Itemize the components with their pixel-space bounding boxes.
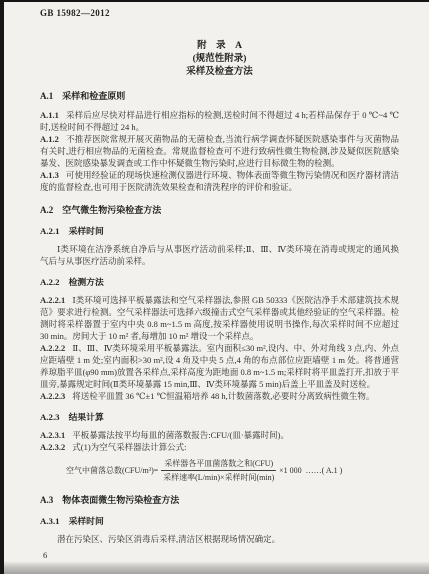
subsection-number: A.2.3	[40, 412, 60, 422]
clause-text: 可使用经验证的现场快速检测仪器进行环境、物体表面等微生物污染情况和医疗器材清洁度…	[40, 170, 399, 192]
clause-text: 不推荐医院常规开展灭菌物品的无菌检查,当流行病学调查怀疑医院感染事件与灭菌物品有…	[40, 134, 399, 168]
subsection-title: 结果计算	[69, 412, 104, 422]
clause-a2-2-1: A.2.2.1Ⅰ类环境可选择平板暴露法和空气采样器法,参照 GB 50333《医…	[40, 294, 399, 342]
clause-a2-3-2: A.2.3.2式(1)为空气采样器法计算公式:	[40, 441, 399, 453]
section-title: 物体表面微生物污染检查方法	[62, 495, 179, 505]
scan-bottom-edge	[0, 562, 429, 574]
clause-number: A.2.2.1	[40, 295, 65, 305]
clause-a1-2: A.1.2不推荐医院常规开展灭菌物品的无菌检查,当流行病学调查怀疑医院感染事件与…	[40, 133, 399, 169]
page-content: GB 15982—2012 附 录 A (规范性附录) 采样及检查方法 A.1采…	[40, 8, 399, 545]
clause-a2-2-2: A.2.2.2Ⅱ、Ⅲ、Ⅳ类环境采用平板暴露法。室内面积≤30 m²,设内、中、外…	[40, 342, 399, 390]
section-number: A.2	[40, 205, 53, 215]
appendix-title-block: 附 录 A (规范性附录) 采样及检查方法	[40, 40, 399, 79]
clause-text: 将送检平皿置 36 ℃±1 ℃恒温箱培养 48 h,计数菌落数,必要时分离致病性…	[72, 391, 374, 401]
page-number: 6	[43, 550, 47, 560]
formula-lhs: 空气中菌落总数(CFU/m³)=	[66, 465, 158, 476]
subsection-heading-a2-2: A.2.2检测方法	[40, 275, 399, 288]
subsection-heading-a2-1: A.2.1采样时间	[40, 224, 399, 237]
standard-code: GB 15982—2012	[40, 8, 399, 18]
scan-top-edge	[0, 0, 429, 2]
subsection-number: A.2.1	[40, 226, 60, 236]
formula-numerator: 采样器各平皿菌落数之和(CFU)	[161, 458, 276, 471]
section-heading-a3: A.3物体表面微生物污染检查方法	[40, 493, 399, 506]
clause-number: A.1.2	[40, 134, 59, 144]
formula-reference: ……( A.1 )	[306, 466, 343, 475]
section-heading-a2: A.2空气微生物污染检查方法	[40, 203, 399, 216]
clause-text: Ⅱ、Ⅲ、Ⅳ类环境采用平板暴露法。室内面积≤30 m²,设内、中、外对角线 3 点…	[40, 343, 399, 389]
formula-a1-air-colony-count: 空气中菌落总数(CFU/m³)= 采样器各平皿菌落数之和(CFU) 采样速率(L…	[66, 458, 399, 483]
clause-a1-1: A.1.1采样后应尽快对样品进行相应指标的检测,送检时间不得超过 4 h;若样品…	[40, 109, 399, 133]
appendix-name: 采样及检查方法	[40, 66, 399, 79]
section-heading-a1: A.1采样和检查原则	[40, 89, 399, 102]
section-title: 采样和检查原则	[62, 91, 125, 101]
clause-text: 采样后应尽快对样品进行相应指标的检测,送检时间不得超过 4 h;若样品保存于 0…	[40, 110, 399, 132]
clause-a1-3: A.1.3可使用经验证的现场快速检测仪器进行环境、物体表面等微生物污染情况和医疗…	[40, 169, 399, 193]
subsection-number: A.2.2	[40, 277, 60, 287]
section-number: A.3	[40, 495, 53, 505]
appendix-subtitle: (规范性附录)	[40, 53, 399, 66]
clause-a2-2-3: A.2.2.3将送检平皿置 36 ℃±1 ℃恒温箱培养 48 h,计数菌落数,必…	[40, 390, 399, 402]
clause-number: A.2.3.2	[40, 442, 65, 452]
section-title: 空气微生物污染检查方法	[62, 205, 161, 215]
clause-a2-3-1: A.2.3.1平板暴露法按平均每皿的菌落数报告:CFU/(皿·暴露时间)。	[40, 429, 399, 441]
paragraph-a3-1: 潜在污染区、污染区消毒后采样,清洁区根据现场情况确定。	[40, 533, 399, 545]
scan-left-edge	[0, 0, 4, 574]
clause-number: A.1.1	[40, 110, 59, 120]
subsection-heading-a2-3: A.2.3结果计算	[40, 410, 399, 423]
clause-number: A.2.3.1	[40, 430, 65, 440]
subsection-title: 采样时间	[69, 516, 104, 526]
clause-text: 平板暴露法按平均每皿的菌落数报告:CFU/(皿·暴露时间)。	[72, 430, 289, 440]
appendix-title: 附 录 A	[40, 40, 399, 53]
scanned-document-page: GB 15982—2012 附 录 A (规范性附录) 采样及检查方法 A.1采…	[0, 0, 429, 574]
clause-number: A.2.2.3	[40, 391, 65, 401]
formula-denominator: 采样速率(L/min)×采样时间(min)	[161, 471, 276, 483]
subsection-title: 检测方法	[69, 277, 104, 287]
clause-number: A.2.2.2	[40, 343, 65, 353]
subsection-number: A.3.1	[40, 516, 60, 526]
formula-multiplier: ×1 000	[279, 466, 302, 475]
clause-number: A.1.3	[40, 170, 59, 180]
paragraph-a2-1: Ⅰ类环境在洁净系统自净后与从事医疗活动前采样;Ⅱ、Ⅲ、Ⅳ类环境在消毒或规定的通风…	[40, 243, 399, 267]
clause-text: Ⅰ类环境可选择平板暴露法和空气采样器法,参照 GB 50333《医院洁净手术部建…	[40, 295, 399, 341]
clause-text: 式(1)为空气采样器法计算公式:	[72, 442, 186, 452]
subsection-title: 采样时间	[69, 226, 104, 236]
formula-fraction: 采样器各平皿菌落数之和(CFU) 采样速率(L/min)×采样时间(min)	[161, 458, 276, 483]
section-number: A.1	[40, 91, 53, 101]
subsection-heading-a3-1: A.3.1采样时间	[40, 514, 399, 527]
